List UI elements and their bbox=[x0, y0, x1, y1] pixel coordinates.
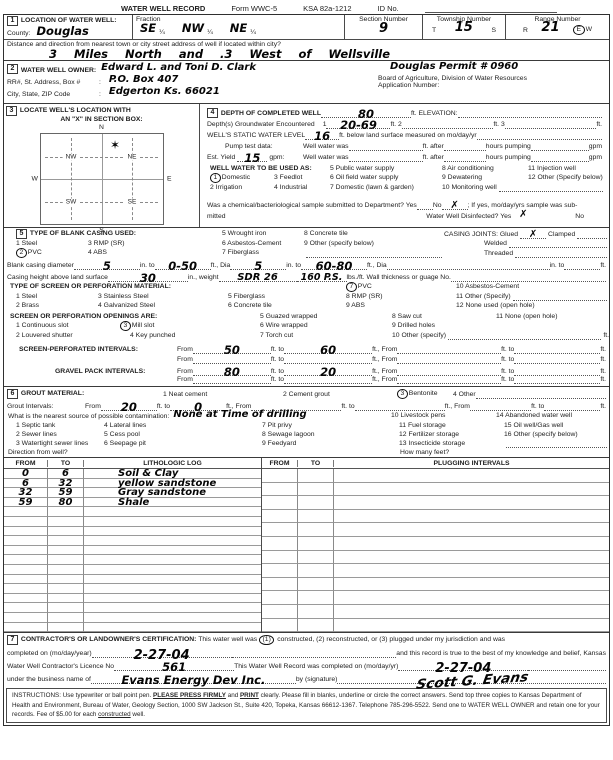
township-s: S bbox=[491, 27, 496, 35]
circle-mark: 3 bbox=[397, 389, 408, 399]
quarter-symbol: ¼ bbox=[207, 29, 213, 36]
option-item: 12 Fertilizer storage bbox=[399, 430, 504, 439]
option-item: 11 None (open hole) bbox=[496, 312, 609, 321]
table-cell bbox=[262, 537, 298, 551]
diameter-1: 5 bbox=[103, 261, 111, 273]
table-row bbox=[4, 565, 261, 575]
handwritten-entry: Shale bbox=[118, 498, 149, 508]
openings-heading: SCREEN OR PERFORATION OPENINGS ARE: bbox=[10, 312, 260, 321]
table-cell bbox=[4, 584, 48, 594]
table-row bbox=[4, 623, 261, 633]
option-item: 10 Livestock pens bbox=[391, 411, 496, 421]
form-title: WATER WELL RECORD bbox=[121, 4, 205, 13]
table-row bbox=[4, 517, 261, 527]
option-item: 5 Fiberglass bbox=[228, 292, 346, 301]
table-row bbox=[4, 584, 261, 594]
quarter-symbol: ¼ bbox=[250, 29, 256, 36]
disinfected-label: Water Well Disinfected? Yes bbox=[426, 213, 511, 221]
sample-question: Was a chemical/bacteriological sample su… bbox=[207, 202, 417, 210]
township-value: 15 bbox=[455, 21, 473, 34]
constructed-circled: (1) bbox=[259, 635, 274, 645]
gpi-to-value: 20 bbox=[320, 367, 336, 379]
table-cell bbox=[84, 575, 261, 585]
interval-1: 0-50 bbox=[168, 261, 197, 273]
ft-label: ft. bbox=[600, 346, 606, 354]
lbs-label: lbs./ft. Wall thickness or guage No. bbox=[347, 274, 451, 282]
dashed-line bbox=[71, 138, 72, 221]
table-cell bbox=[298, 510, 334, 524]
option-label: Domestic bbox=[222, 174, 250, 181]
table-row bbox=[262, 483, 609, 497]
table-cell bbox=[298, 619, 334, 633]
range-west: W bbox=[586, 26, 592, 33]
casing-height-value: 30 bbox=[140, 273, 156, 285]
center-horizontal-line bbox=[41, 179, 163, 180]
ne-quadrant-label: NE bbox=[124, 153, 139, 160]
table-cell bbox=[262, 564, 298, 578]
option-item: 3 Feedlot bbox=[274, 173, 330, 183]
table-cell bbox=[84, 603, 261, 613]
table-cell bbox=[262, 605, 298, 619]
table-row bbox=[4, 594, 261, 604]
table-cell bbox=[262, 619, 298, 633]
screen-material-heading: TYPE OF SCREEN OR PERFORATION MATERIAL: bbox=[10, 282, 346, 292]
option-label: 11 Other (Specify) bbox=[456, 292, 511, 301]
range-east-circled: E bbox=[573, 25, 585, 35]
ft-to-label: ft. to bbox=[271, 376, 284, 384]
option-item: 3 RMP (SR) bbox=[88, 239, 222, 248]
fraction-3: NE bbox=[230, 23, 247, 35]
option-item-circled: 3Bentonite bbox=[397, 389, 453, 399]
form-header: WATER WELL RECORD Form WWC-5 KSA 82a-121… bbox=[3, 2, 610, 14]
option-item: 3 Watertight sewer lines bbox=[16, 439, 104, 448]
plugging-side: FROM TO PLUGGING INTERVALS bbox=[262, 458, 609, 632]
table-cell bbox=[262, 551, 298, 565]
option-item: 10 Asbestos-Cement bbox=[456, 282, 609, 292]
direction-label: Direction from well? bbox=[8, 449, 400, 456]
plugging-intervals-header: PLUGGING INTERVALS bbox=[334, 460, 609, 467]
table-row bbox=[262, 564, 609, 578]
table-cell bbox=[84, 517, 261, 527]
colon: : bbox=[99, 91, 101, 98]
option-item: 1 Neat cement bbox=[163, 391, 283, 399]
ft-from-label: ft., From bbox=[445, 403, 470, 411]
table-cell bbox=[84, 613, 261, 623]
ft-label: ft. bbox=[600, 368, 606, 376]
section6-number: 6 bbox=[7, 389, 18, 399]
table-cell bbox=[4, 507, 48, 517]
option-item: 8 Air conditioning bbox=[442, 164, 528, 173]
plugging-header: FROM TO PLUGGING INTERVALS bbox=[262, 458, 609, 469]
table-cell bbox=[48, 594, 84, 604]
table-cell bbox=[4, 594, 48, 604]
option-item: 4 Galvanized Steel bbox=[98, 301, 228, 310]
elevation-label: ft. ELEVATION: bbox=[411, 110, 458, 118]
section3-locate-box: 3LOCATE WELL'S LOCATION WITH AN "X" IN S… bbox=[4, 104, 200, 227]
option-item: 7 Fiberglass bbox=[222, 248, 304, 258]
certification-heading: CONTRACTOR'S OR LANDOWNER'S CERTIFICATIO… bbox=[21, 636, 197, 643]
signature-label: by (signature) bbox=[296, 676, 338, 684]
option-item: 5 Guazed wrapped bbox=[260, 312, 392, 321]
weight-value2: 160 P.S. bbox=[301, 273, 343, 283]
option-item: 7 Torch cut bbox=[260, 331, 392, 340]
section5-number: 5 bbox=[16, 229, 27, 239]
west-label: W bbox=[32, 176, 38, 183]
casing-height-label: Casing height above land surface bbox=[7, 274, 108, 282]
option-item: 1 Steel bbox=[16, 239, 88, 248]
groundwater-label: Depth(s) Groundwater Encountered bbox=[207, 121, 315, 129]
ft-dia-label: ft., Dia bbox=[211, 262, 231, 270]
to-header: TO bbox=[48, 460, 84, 467]
option-item: 11 Other (Specify) bbox=[456, 292, 609, 301]
option-item: 12 None used (open hole) bbox=[456, 301, 609, 310]
table-cell bbox=[48, 555, 84, 565]
section3-4: 3LOCATE WELL'S LOCATION WITH AN "X" IN S… bbox=[4, 103, 609, 227]
table-cell bbox=[298, 551, 334, 565]
section4-number: 4 bbox=[207, 108, 218, 118]
est-yield-value: 15 bbox=[244, 153, 260, 165]
id-no-label: ID No. bbox=[378, 4, 399, 13]
table-cell bbox=[48, 623, 84, 633]
ft-to-label: ft. to bbox=[501, 376, 514, 384]
in-to-label: in. to bbox=[286, 262, 301, 270]
from-header: FROM bbox=[4, 460, 48, 467]
option-item: 6 Seepage pit bbox=[104, 439, 262, 448]
record-completed-label: This Water Well Record was completed on … bbox=[234, 663, 398, 671]
table-cell bbox=[262, 510, 298, 524]
nw-quadrant-label: NW bbox=[63, 153, 80, 160]
table-row bbox=[4, 536, 261, 546]
option-label: PVC bbox=[28, 249, 42, 256]
openings-row2: 2 Louvered shutter 4 Key punched 7 Torch… bbox=[4, 331, 609, 340]
plugging-rows bbox=[262, 469, 609, 632]
table-row bbox=[262, 605, 609, 619]
hours-pumping-label: hours pumping bbox=[486, 143, 531, 151]
option-item: 4 ABS bbox=[88, 248, 222, 258]
option-item: 4 Key punched bbox=[120, 331, 260, 340]
county-value: Douglas bbox=[36, 26, 88, 38]
litho-side: FROM TO LITHOLOGIC LOG 06Soil & Clay632y… bbox=[4, 458, 262, 632]
table-cell bbox=[48, 613, 84, 623]
spi-label: SCREEN-PERFORATED INTERVALS: bbox=[7, 346, 177, 354]
ft-label: ft. bbox=[603, 331, 609, 340]
instructions-text: and bbox=[228, 692, 239, 699]
gpm-label: gpm bbox=[589, 143, 602, 151]
table-cell bbox=[48, 575, 84, 585]
well-location-mark: ✶ bbox=[110, 139, 120, 151]
table-cell bbox=[262, 591, 298, 605]
ft-label: ft. bbox=[600, 376, 606, 384]
grout-intervals-label: Grout Intervals: bbox=[7, 403, 85, 411]
option-item: 5 Public water supply bbox=[330, 164, 442, 173]
option-item: 12 Other (Specify below) bbox=[528, 173, 605, 183]
licence-label: Water Well Contractor's Licence No bbox=[7, 663, 114, 671]
table-cell bbox=[298, 523, 334, 537]
table-cell bbox=[334, 496, 609, 510]
table-cell: Shale bbox=[84, 498, 261, 508]
licence-number: 561 bbox=[162, 662, 186, 674]
north-label: N bbox=[99, 124, 104, 131]
table-cell bbox=[298, 483, 334, 497]
cert-text-4: and this record is true to the best of m… bbox=[396, 650, 606, 658]
table-row bbox=[4, 546, 261, 556]
table-cell bbox=[4, 623, 48, 633]
permit-note: Douglas Permit # 0960 bbox=[390, 62, 518, 72]
table-cell bbox=[4, 575, 48, 585]
table-cell bbox=[334, 469, 609, 483]
table-cell bbox=[48, 536, 84, 546]
casing-joints: CASING JOINTS: Glued✗Clamped bbox=[444, 229, 609, 239]
se-quadrant-label: SE bbox=[125, 198, 140, 205]
interval-2: 60-80 bbox=[316, 261, 353, 273]
cert-text-1: This water well was bbox=[198, 636, 257, 643]
table-row bbox=[262, 537, 609, 551]
circle-mark: 7 bbox=[346, 282, 357, 292]
table-cell bbox=[334, 483, 609, 497]
well-water-was-label: Well water was bbox=[303, 143, 349, 151]
township-t: T bbox=[432, 27, 436, 35]
sample-no-mark: ✗ bbox=[450, 201, 458, 211]
table-cell: 59 bbox=[4, 498, 48, 508]
option-item: 5 Wrought iron bbox=[222, 229, 304, 239]
screen-material-row2: 2 Brass 4 Galvanized Steel 6 Concrete ti… bbox=[4, 301, 609, 310]
blank-casing-row0: 5TYPE OF BLANK CASING USED: 5 Wrought ir… bbox=[4, 228, 609, 239]
option-item: 15 Oil well/Gas well bbox=[504, 421, 609, 430]
instructions-underlined: constructed bbox=[98, 711, 131, 718]
address-label: RR#, St. Address, Box # bbox=[7, 79, 99, 86]
table-cell bbox=[48, 546, 84, 556]
option-item: 8 RMP (SR) bbox=[346, 292, 456, 301]
section5-heading: 5TYPE OF BLANK CASING USED: bbox=[16, 229, 222, 239]
clamped-label: Clamped bbox=[548, 230, 575, 239]
table-cell bbox=[84, 584, 261, 594]
table-cell bbox=[262, 523, 298, 537]
contamination-row3: 3 Watertight sewer lines6 Seepage pit9 F… bbox=[4, 439, 609, 448]
joints-glued-label: CASING JOINTS: Glued bbox=[444, 230, 518, 239]
option-item: 6 Wire wrapped bbox=[260, 321, 392, 331]
gpm-colon-label: gpm: bbox=[269, 154, 284, 162]
ft-from-label: ft., From bbox=[372, 368, 397, 376]
grout-from-value: 20 bbox=[121, 402, 137, 414]
option-label: 10 Monitoring well bbox=[442, 183, 497, 192]
county-label: County: bbox=[7, 30, 30, 38]
board-label: Board of Agriculture, Division of Water … bbox=[378, 75, 606, 82]
grout-heading: GROUT MATERIAL: bbox=[21, 390, 84, 397]
table-cell: 80 bbox=[48, 498, 84, 508]
option-item: 7 Pit privy bbox=[262, 421, 399, 430]
option-item: 5 Cess pool bbox=[104, 430, 262, 439]
lithologic-table: FROM TO LITHOLOGIC LOG 06Soil & Clay632y… bbox=[4, 457, 609, 632]
litho-rows: 06Soil & Clay632yellow sandstone3259Gray… bbox=[4, 469, 261, 632]
from-label: From bbox=[85, 403, 101, 411]
openings-row1: 1 Continuous slot 3Mill slot 6 Wire wrap… bbox=[4, 321, 609, 331]
south-label: S bbox=[99, 227, 104, 234]
screen-material-head: TYPE OF SCREEN OR PERFORATION MATERIAL: … bbox=[4, 282, 609, 292]
openings-head: SCREEN OR PERFORATION OPENINGS ARE: 5 Gu… bbox=[4, 312, 609, 321]
option-item: 8 Saw cut bbox=[392, 312, 496, 321]
ft-from-label: ft., From bbox=[372, 356, 397, 364]
from-label: From bbox=[177, 346, 193, 354]
contamination-label: What is the nearest source of possible c… bbox=[8, 413, 169, 420]
heading-label: TYPE OF BLANK CASING USED: bbox=[30, 230, 136, 237]
table-row bbox=[4, 603, 261, 613]
table-cell bbox=[84, 565, 261, 575]
other-dots bbox=[304, 248, 444, 258]
from-label: From bbox=[177, 368, 193, 376]
table-cell bbox=[4, 536, 48, 546]
table-cell bbox=[48, 527, 84, 537]
option-item: 8 Sewage lagoon bbox=[262, 430, 399, 439]
option-item: 7 Domestic (lawn & garden) bbox=[330, 183, 442, 192]
option-item: 2 Sewer lines bbox=[16, 430, 104, 439]
section-location-diagram: N S W E NW NE SW SE ✶ bbox=[40, 133, 164, 225]
distance-value: 3 Miles North and .3 West of Wellsville bbox=[49, 49, 390, 61]
table-cell bbox=[4, 546, 48, 556]
table-cell bbox=[298, 605, 334, 619]
ft-to-label: ft. to bbox=[271, 368, 284, 376]
table-cell: Gray sandstone bbox=[84, 488, 261, 498]
section1-location: 1LOCATION OF WATER WELL: County:Douglas … bbox=[4, 15, 609, 39]
table-cell bbox=[84, 507, 261, 517]
option-item: 4 Other bbox=[453, 391, 476, 399]
fraction-1: SE bbox=[140, 23, 156, 35]
static-level-label: WELL'S STATIC WATER LEVEL bbox=[207, 132, 305, 140]
range-cell: Range Number R 21 EW bbox=[506, 15, 609, 39]
disinfected-no-label: No bbox=[575, 213, 584, 221]
water-well-record-form: WATER WELL RECORD Form WWC-5 KSA 82a-121… bbox=[3, 2, 610, 726]
blank-casing-row2: 2PVC 4 ABS 7 Fiberglass Threaded bbox=[4, 248, 609, 258]
ft-to-label: ft. to bbox=[501, 356, 514, 364]
hours-pumping-label: hours pumping bbox=[486, 154, 531, 162]
litho-log-header: LITHOLOGIC LOG bbox=[84, 460, 261, 467]
option-item: 10 Other (specify)ft. bbox=[392, 331, 609, 340]
depth-label: DEPTH OF COMPLETED WELL bbox=[221, 110, 321, 118]
sw-quadrant-label: SW bbox=[63, 198, 79, 205]
disinfected-yes-mark: ✗ bbox=[519, 210, 527, 220]
static-level-post: ft. below land surface measured on mo/da… bbox=[339, 132, 477, 140]
section-square: NW NE SW SE ✶ bbox=[40, 133, 164, 225]
application-block: Douglas Permit # 0960 Board of Agricultu… bbox=[378, 62, 606, 102]
ft-after-label: ft. after bbox=[423, 143, 444, 151]
owner-name: Edward L. and Toni D. Clark bbox=[101, 63, 256, 73]
handwritten-entry: 80 bbox=[59, 498, 73, 508]
contamination-question: What is the nearest source of possible c… bbox=[8, 411, 391, 421]
county-cell: 1LOCATION OF WATER WELL: County:Douglas bbox=[4, 15, 133, 39]
table-cell bbox=[334, 537, 609, 551]
table-cell bbox=[298, 564, 334, 578]
option-item: 4 Lateral lines bbox=[104, 421, 262, 430]
circle-mark: 3 bbox=[120, 321, 131, 331]
ft-to-label: ft. to bbox=[501, 368, 514, 376]
option-item: 9 Other (specify below) bbox=[304, 239, 444, 248]
section3-number: 3 bbox=[6, 106, 17, 116]
table-cell bbox=[298, 578, 334, 592]
contamination-row2: 2 Sewer lines5 Cess pool8 Sewage lagoon1… bbox=[4, 430, 609, 439]
contamination-value: None at Time of drilling bbox=[173, 410, 306, 420]
fraction-cell: Fraction SE¼ NW¼ NE¼ bbox=[133, 15, 345, 39]
business-name-label: under the business name of bbox=[7, 676, 91, 684]
ft-to-label: ft. to bbox=[501, 346, 514, 354]
city-value: Edgerton Ks. 66021 bbox=[109, 87, 220, 97]
ft-from-label: ft., From bbox=[372, 376, 397, 384]
table-cell bbox=[334, 564, 609, 578]
table-cell bbox=[48, 517, 84, 527]
table-row bbox=[4, 575, 261, 585]
table-row bbox=[262, 591, 609, 605]
option-label: Mill slot bbox=[132, 322, 155, 329]
ft-dia-label: ft., Dia bbox=[367, 262, 387, 270]
ft-to-label: ft. to bbox=[157, 403, 170, 411]
from-label: From bbox=[177, 356, 193, 364]
circle-mark: 1 bbox=[210, 173, 221, 183]
no-label: No bbox=[433, 202, 442, 210]
dashed-line bbox=[132, 138, 133, 221]
option-item: 9 Feedyard bbox=[262, 439, 399, 448]
section3-heading1: LOCATE WELL'S LOCATION WITH bbox=[20, 107, 131, 114]
table-cell bbox=[334, 605, 609, 619]
blank-casing-row1: 1 Steel 3 RMP (SR) 6 Asbestos-Cement 9 O… bbox=[4, 239, 609, 248]
table-cell bbox=[262, 469, 298, 483]
table-cell bbox=[262, 483, 298, 497]
table-cell bbox=[334, 619, 609, 633]
instructions-underlined: PRINT bbox=[240, 692, 259, 699]
statute-ref: KSA 82a-1212 bbox=[303, 4, 351, 13]
table-cell bbox=[334, 523, 609, 537]
table-row bbox=[262, 510, 609, 524]
table-cell bbox=[334, 551, 609, 565]
range-value: 21 bbox=[541, 21, 559, 34]
table-cell bbox=[48, 507, 84, 517]
ft-from-label: ft., From bbox=[372, 346, 397, 354]
welded-line: Welded bbox=[444, 239, 609, 248]
table-row bbox=[4, 527, 261, 537]
owner-block: 2WATER WELL OWNER:Edward L. and Toni D. … bbox=[7, 62, 378, 102]
option-item: 3 Stainless Steel bbox=[98, 292, 228, 301]
table-cell bbox=[4, 613, 48, 623]
section1-heading: LOCATION OF WATER WELL: bbox=[21, 17, 117, 24]
use-options-row3: 2 Irrigation 4 Industrial 7 Domestic (la… bbox=[204, 183, 605, 192]
option-item: 1 Continuous slot bbox=[16, 321, 120, 331]
glued-mark: ✗ bbox=[529, 230, 537, 240]
table-cell bbox=[4, 517, 48, 527]
table-cell bbox=[4, 603, 48, 613]
section3-heading2: AN "X" IN SECTION BOX: bbox=[6, 116, 197, 123]
blank-diameter-label: Blank casing diameter bbox=[7, 262, 74, 270]
ft-to-label: ft. to bbox=[531, 403, 544, 411]
gw-3-label: ft. 3 bbox=[493, 121, 504, 129]
ft-to-label: ft. to bbox=[271, 346, 284, 354]
table-cell bbox=[4, 555, 48, 565]
gpm-label: gpm bbox=[589, 154, 602, 162]
threaded-line: Threaded bbox=[444, 248, 609, 258]
option-item: 2 Cement grout bbox=[283, 391, 397, 399]
colon: : bbox=[99, 79, 101, 86]
table-cell bbox=[298, 496, 334, 510]
gpi-from-value: 80 bbox=[224, 367, 240, 379]
address-value: P.O. Box 407 bbox=[109, 75, 178, 85]
table-row bbox=[262, 551, 609, 565]
fraction-2: NW bbox=[182, 23, 204, 35]
table-cell bbox=[4, 565, 48, 575]
use-options-row1: WELL WATER TO BE USED AS: 5 Public water… bbox=[204, 164, 605, 173]
instructions-text: well. bbox=[132, 711, 145, 718]
option-item: 9 Drilled holes bbox=[392, 321, 496, 331]
table-row: 5980Shale bbox=[4, 498, 261, 508]
option-item: 14 Abandoned water well bbox=[496, 411, 609, 421]
table-row bbox=[262, 578, 609, 592]
other-dots bbox=[504, 439, 609, 448]
option-label: Bentonite bbox=[409, 390, 438, 397]
